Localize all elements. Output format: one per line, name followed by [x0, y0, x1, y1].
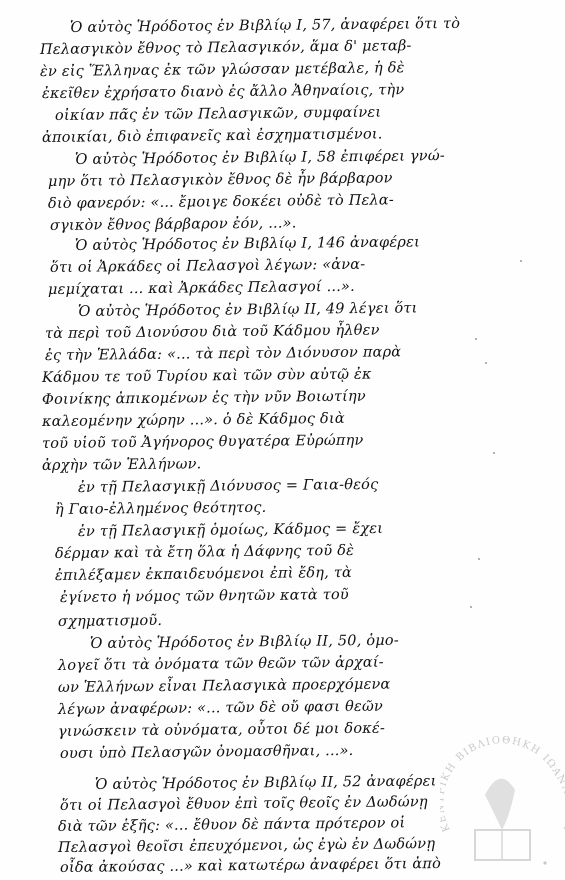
- manuscript-line: ὅτι οἱ Ἀρκάδες οἱ Πελασγοὶ λέγων: «ἀνα-: [50, 257, 366, 276]
- manuscript-line: Ὁ αὐτὸς Ἡρόδοτος ἐν Βιβλίῳ Ι, 57, ἀναφέρ…: [70, 16, 460, 36]
- manuscript-line: ὲν εἰς Ἕλληνας ἐκ τῶν γλώσσαν μετέβαλε, …: [40, 60, 405, 80]
- manuscript-line: Φοινίκης ἀπικομένων ἐς τὴν νῦν Βοιωτίην: [42, 389, 366, 408]
- manuscript-line: ων Ἑλλήνων εἶναι Πελασγικὰ προερχόμενα: [58, 677, 391, 696]
- manuscript-line: μην ὅτι τὸ Πελασγικὸν ἔθνος δὲ ἦν βάρβαρ…: [48, 170, 393, 190]
- manuscript-line: τοῦ υἱοῦ τοῦ Ἀγήνορος θυγατέρα Εὐρώπην: [42, 433, 364, 452]
- manuscript-line: λέγων ἀναφέρων: «... τῶν δὲ οὔ φασι θεῶν: [58, 699, 383, 718]
- manuscript-line: σγικὸν ἔθνος βάρβαρον ἐόν, ...».: [50, 215, 297, 234]
- manuscript-line: δέρμαν καὶ τὰ ἔτη ὅλα ἡ Δάφνης τοῦ δὲ: [55, 543, 354, 562]
- manuscript-line: Πελασγικὸν ἔθνος τὸ Πελασγικόν, ἅμα δ' μ…: [40, 38, 412, 58]
- manuscript-line: τὰ περὶ τοῦ Διονύσου διὰ τοῦ Κάδμου ἦλθε…: [45, 322, 380, 342]
- manuscript-line: ἐς τὴν Ἑλλάδα: «... τὰ περὶ τὸν Διόνυσον…: [45, 344, 401, 364]
- manuscript-line: ἐγίνετο ἡ νόμος τῶν θνητῶν κατὰ τοῦ: [60, 587, 349, 606]
- manuscript-line: διὸ φανερόν: «... ἔμοιγε δοκέει οὐδὲ τὸ …: [48, 192, 394, 212]
- manuscript-line: καλεομένην χώρην ...». ὁ δὲ Κάδμος διὰ: [42, 411, 345, 430]
- manuscript-line: ἀποικίαι, διὸ ἐπιφανεῖς καὶ ἐσχηματισμέν…: [42, 126, 383, 146]
- manuscript-line: μεμίχαται ... καὶ Ἀρκάδες Πελασγοί ...».: [48, 279, 355, 298]
- manuscript-line: Ὁ αὐτὸς Ἡρόδοτος ἐν Βιβλίῳ ΙΙ, 49 λέγει …: [78, 300, 418, 320]
- manuscript-line: Κάδμου τε τοῦ Τυρίου καὶ τῶν σὺν αὐτῷ ἐκ: [42, 367, 372, 386]
- manuscript-line: ἀρχὴν τῶν Ἑλλήνων.: [42, 456, 202, 474]
- manuscript-line: σχηματισμοῦ.: [58, 613, 162, 630]
- manuscript-line: ἐπιλέξαμεν ἐκπαιδευόμενοι ἐπὶ ἔδη, τὰ: [55, 565, 352, 584]
- library-stamp: ΚΕΝΤΡΙΚΗ ΒΙΒΛΙΟΘΗΚΗ ΙΩΑΝΝΙΝΩΝ: [440, 735, 565, 875]
- manuscript-line: γινώσκειν τὰ οὐνόματα, οὗτοι δέ μοι δοκέ…: [58, 721, 385, 740]
- manuscript-line: Ὁ αὐτὸς Ἡρόδοτος ἐν Βιβλίῳ ΙΙ, 52 ἀναφέρ…: [95, 773, 437, 793]
- manuscript-line: οἶδα ἀκούσας ...» καὶ κατωτέρω ἀναφέρει …: [60, 856, 441, 876]
- manuscript-page: Ὁ αὐτὸς Ἡρόδοτος ἐν Βιβλίῳ Ι, 57, ἀναφέρ…: [0, 0, 565, 880]
- manuscript-line: ἢ Γαιο-ἐλλημένος θεότητος.: [55, 500, 267, 518]
- manuscript-line: ουσι ὑπὸ Πελασγῶν ὀνομασθῆναι, ...».: [60, 743, 354, 762]
- manuscript-line: Πελασγοὶ θεοῖσι ἐπευχόμενοι, ὡς ἐγὼ ἐν Δ…: [58, 836, 435, 856]
- manuscript-line: Ὁ αὐτὸς Ἡρόδοτος ἐν Βιβλίῳ Ι, 146 ἀναφέρ…: [75, 234, 420, 254]
- manuscript-line: λογεῖ ὅτι τὰ ὀνόματα τῶν θεῶν τῶν ἀρχαί-: [58, 655, 384, 674]
- manuscript-line: διὰ τῶν ἑξῆς: «... ἔθυον δὲ πάντα πρότερ…: [58, 815, 405, 835]
- manuscript-line: ἐν τῇ Πελασγικῇ ὁμοίως, Κάδμος = ἔχει: [78, 521, 383, 540]
- manuscript-line: ἐν τῇ Πελασγικῇ Διόνυσος = Γαια-θεός: [78, 477, 379, 496]
- manuscript-line: Ὁ αὐτὸς Ἡρόδοτος ἐν Βιβλίῳ Ι, 58 ἐπιφέρε…: [75, 148, 445, 168]
- manuscript-line: ὅτι οἱ Πελασγοὶ ἔθυον ἐπὶ τοῖς θεοῖς ἐν …: [60, 794, 428, 814]
- manuscript-line: οἰκίαν πᾶς ἐν τῶν Πελασγικῶν, συμφαίνει: [55, 105, 381, 124]
- manuscript-line: Ὁ αὐτὸς Ἡρόδοτος ἐν Βιβλίῳ ΙΙ, 50, ὁμο-: [90, 633, 399, 652]
- manuscript-line: ἐκεῖθεν ἐχρήσατο διανὸ ἐς ἄλλο Ἀθηναίοις…: [42, 82, 405, 102]
